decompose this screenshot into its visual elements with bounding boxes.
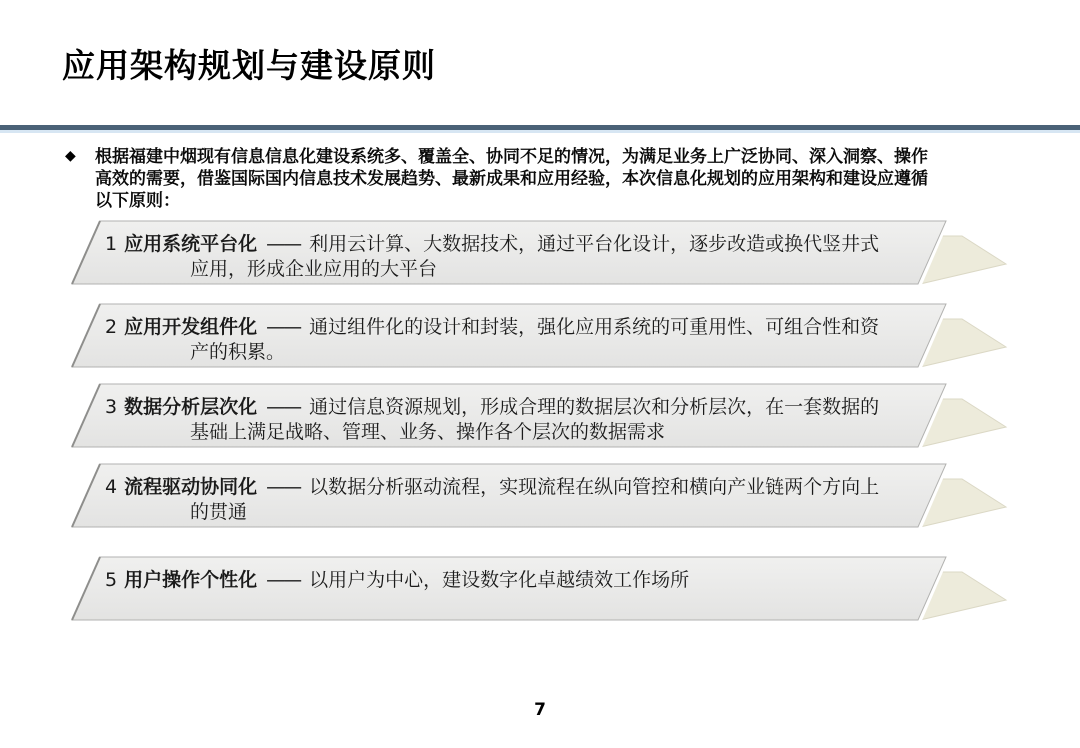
page-title: 应用架构规划与建设原则	[62, 40, 436, 87]
principle-text: 1应用系统平台化——利用云计算、大数据技术，通过平台化设计，逐步改造或换代竖井式…	[105, 232, 995, 282]
principle-dash: ——	[266, 233, 300, 255]
principle-dash: ——	[266, 476, 300, 498]
principle-term: 流程驱动协同化	[124, 476, 257, 498]
diamond-bullet-icon: ◆	[65, 149, 76, 163]
principle-banner-2: 2应用开发组件化——通过组件化的设计和封装，强化应用系统的可重用性、可组合性和资…	[60, 303, 1015, 369]
principle-number: 4	[105, 476, 117, 498]
principle-text: 4流程驱动协同化——以数据分析驱动流程，实现流程在纵向管控和横向产业链两个方向上…	[105, 475, 995, 525]
title-divider	[0, 125, 1080, 133]
principle-banner-1: 1应用系统平台化——利用云计算、大数据技术，通过平台化设计，逐步改造或换代竖井式…	[60, 220, 1015, 286]
principle-dash: ——	[266, 316, 300, 338]
principle-number: 3	[105, 396, 117, 418]
principle-dash: ——	[266, 569, 300, 591]
principle-text: 5用户操作个性化——以用户为中心，建设数字化卓越绩效工作场所	[105, 568, 995, 593]
principle-term: 用户操作个性化	[124, 569, 257, 591]
principle-banner-4: 4流程驱动协同化——以数据分析驱动流程，实现流程在纵向管控和横向产业链两个方向上…	[60, 463, 1015, 529]
principle-text: 3数据分析层次化——通过信息资源规划，形成合理的数据层次和分析层次，在一套数据的…	[105, 395, 995, 445]
intro-block: ◆ 根据福建中烟现有信息信息化建设系统多、覆盖全、协同不足的情况，为满足业务上广…	[0, 146, 1080, 212]
principle-term: 数据分析层次化	[124, 396, 257, 418]
principle-number: 1	[105, 233, 117, 255]
principle-number: 2	[105, 316, 117, 338]
principle-banner-5: 5用户操作个性化——以用户为中心，建设数字化卓越绩效工作场所	[60, 556, 1015, 622]
principle-description: 以用户为中心，建设数字化卓越绩效工作场所	[309, 569, 689, 591]
page-number: 7	[0, 700, 1080, 720]
principle-number: 5	[105, 569, 117, 591]
principle-term: 应用开发组件化	[124, 316, 257, 338]
divider-light-line	[0, 130, 1080, 133]
principle-text: 2应用开发组件化——通过组件化的设计和封装，强化应用系统的可重用性、可组合性和资…	[105, 315, 995, 365]
intro-text: 根据福建中烟现有信息信息化建设系统多、覆盖全、协同不足的情况，为满足业务上广泛协…	[95, 146, 1023, 212]
slide: 应用架构规划与建设原则 ◆ 根据福建中烟现有信息信息化建设系统多、覆盖全、协同不…	[0, 0, 1080, 748]
principle-term: 应用系统平台化	[124, 233, 257, 255]
principle-banner-3: 3数据分析层次化——通过信息资源规划，形成合理的数据层次和分析层次，在一套数据的…	[60, 383, 1015, 449]
principle-dash: ——	[266, 396, 300, 418]
